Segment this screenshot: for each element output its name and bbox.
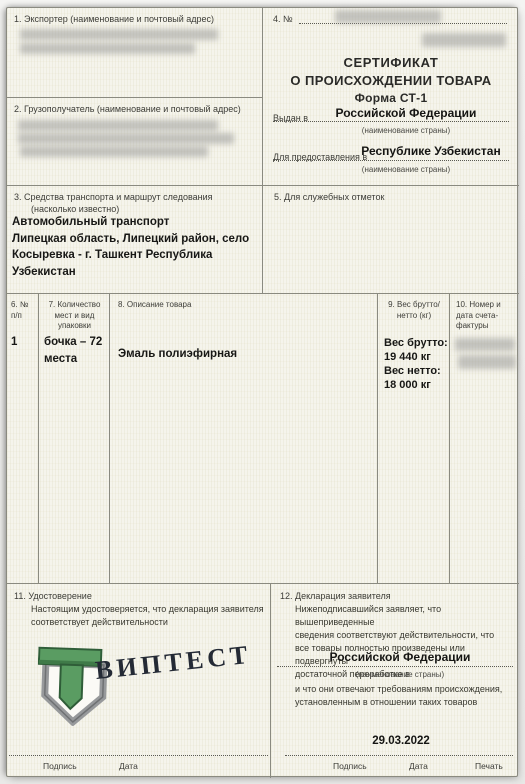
declaration-text-line: и что они отвечают требованиям происхожд… <box>295 683 515 696</box>
declaration-label: 12. Декларация заявителя <box>280 591 391 601</box>
viptest-stamp: ВИПТЕСТ <box>31 642 251 728</box>
service-notes-section: 5. Для служебных отметок <box>263 186 519 294</box>
declaration-text-line: Нижеподписавшийся заявляет, что вышеприв… <box>295 603 515 629</box>
declaration-text-line: сведения соответствуют действительности,… <box>295 629 515 642</box>
weight-net-label: Вес нетто: <box>384 364 448 378</box>
certification-label: 11. Удостоверение <box>14 591 92 601</box>
declaration-section: 12. Декларация заявителя Нижеподписавший… <box>271 584 519 778</box>
redacted-consignee-line-2 <box>18 133 234 144</box>
declaration-text-line: установленным в отношении таких товаров <box>295 696 515 709</box>
cell-packages: бочка – 72 места <box>44 334 107 368</box>
redacted-exporter-line-2 <box>20 43 195 54</box>
issued-in-line <box>273 108 509 122</box>
transport-route: Автомобильный транспорт Липецкая область… <box>12 214 258 280</box>
certificate-number-label: 4. № <box>273 14 293 24</box>
certificate-title: СЕРТИФИКАТ О ПРОИСХОЖДЕНИИ ТОВАРА Форма … <box>263 55 519 105</box>
column-weight: 9. Вес брутто/ нетто (кг) Вес брутто: 19… <box>378 294 450 583</box>
weight-gross-value: 19 440 кг <box>384 350 448 364</box>
col-header-weight: 9. Вес брутто/ нетто (кг) <box>378 294 449 321</box>
certificate-form-name: Форма СТ-1 <box>263 91 519 105</box>
redacted-consignee-line-3 <box>20 146 208 157</box>
transport-section: 3. Средства транспорта и маршрут следова… <box>7 186 263 294</box>
exporter-label: 1. Экспортер (наименование и почтовый ад… <box>14 14 256 25</box>
redacted-certificate-number <box>335 10 441 23</box>
date-label-left: Дата <box>119 761 138 771</box>
redacted-reference <box>422 33 506 47</box>
transport-route-line: Автомобильный транспорт <box>12 214 258 231</box>
cell-row-number: 1 <box>11 334 17 351</box>
certification-section: 11. Удостоверение Настоящим удостоверяет… <box>7 584 271 778</box>
column-number: 6. № п/п 1 <box>7 294 39 583</box>
goods-table: 6. № п/п 1 7. Количество мест и вид упак… <box>7 294 519 584</box>
stamp-label-right: Печать <box>475 761 503 771</box>
origin-country-note: (наименование страны) <box>291 670 509 679</box>
service-notes-label: 5. Для служебных отметок <box>274 192 384 203</box>
transport-route-line: Липецкая область, Липецкий район, село <box>12 231 258 248</box>
signature-line-right <box>285 755 513 756</box>
origin-country-value: Российской Федерации <box>291 650 509 664</box>
col-header-packages: 7. Количество мест и вид упаковки <box>39 294 109 332</box>
weight-net-value: 18 000 кг <box>384 378 448 392</box>
signature-label-right: Подпись <box>333 761 367 771</box>
col-header-description: 8. Описание товара <box>110 294 377 311</box>
certification-text-line: Настоящим удостоверяется, что декларация… <box>31 603 266 616</box>
certificate-page: 1. Экспортер (наименование и почтовый ад… <box>6 7 518 777</box>
signature-line-left <box>9 755 268 756</box>
redacted-invoice-line-2 <box>458 355 516 369</box>
col-header-invoice: 10. Номер и дата счета-фактуры <box>450 294 519 332</box>
certificate-title-line-2: О ПРОИСХОЖДЕНИИ ТОВАРА <box>263 73 519 88</box>
presented-to-note: (наименование страны) <box>303 165 509 174</box>
signature-label-left: Подпись <box>43 761 77 771</box>
presented-to-line <box>273 147 509 161</box>
stamp-text: ВИПТЕСТ <box>94 640 253 686</box>
declaration-text-2: и что они отвечают требованиям происхожд… <box>295 683 515 709</box>
cell-description: Эмаль полиэфирная <box>118 346 237 363</box>
transport-label: 3. Средства транспорта и маршрут следова… <box>14 192 213 203</box>
transport-route-line: Косыревка - г. Ташкент Республика Узбеки… <box>12 247 258 280</box>
redacted-invoice-line-1 <box>455 338 515 351</box>
certificate-title-line-1: СЕРТИФИКАТ <box>263 55 519 70</box>
redacted-exporter-line-1 <box>20 29 218 40</box>
origin-country-line <box>277 666 513 667</box>
issue-date: 29.03.2022 <box>331 735 471 747</box>
issued-in-note: (наименование страны) <box>303 126 509 135</box>
col-header-number: 6. № п/п <box>7 294 38 321</box>
column-packages: 7. Количество мест и вид упаковки бочка … <box>39 294 110 583</box>
certification-text: Настоящим удостоверяется, что декларация… <box>31 603 266 629</box>
redacted-consignee-line-1 <box>18 120 218 131</box>
cell-weight: Вес брутто: 19 440 кг Вес нетто: 18 000 … <box>384 336 448 392</box>
date-label-right: Дата <box>409 761 428 771</box>
column-description: 8. Описание товара Эмаль полиэфирная <box>110 294 378 583</box>
certification-text-line: соответствует действительности <box>31 616 266 629</box>
weight-gross-label: Вес брутто: <box>384 336 448 350</box>
consignee-label: 2. Грузополучатель (наименование и почто… <box>14 104 256 115</box>
